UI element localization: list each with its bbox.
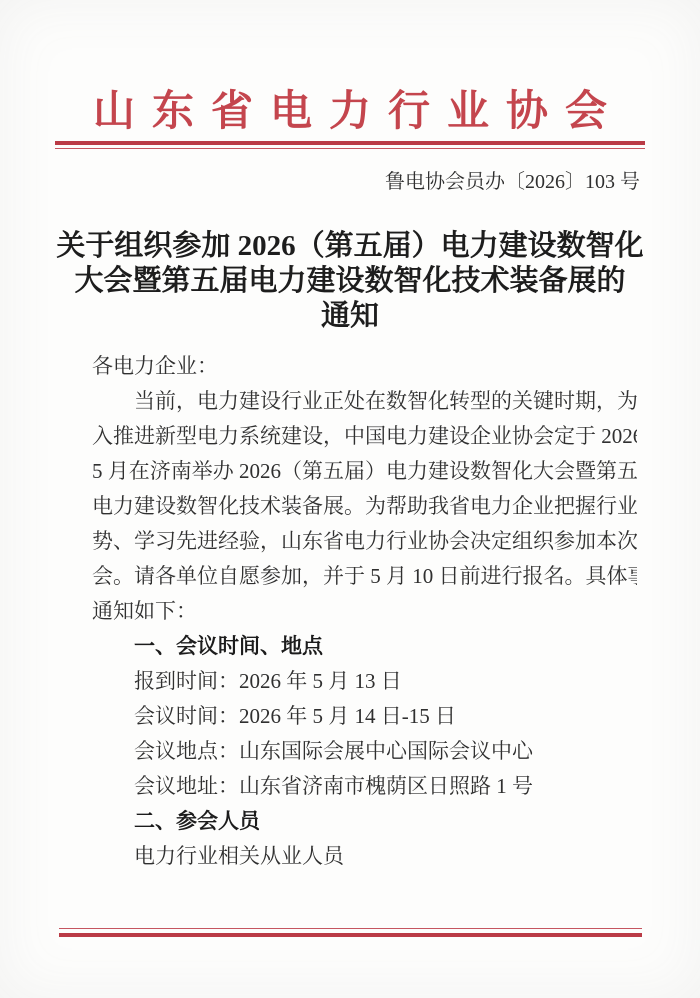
footer-double-rule [59,928,642,937]
notice-title-line-1: 关于组织参加 2026（第五届）电力建设数智化 [40,229,660,264]
notice-body: 各电力企业： 当前，电力建设行业正处在数智化转型的关键时期，为深 入推进新型电力… [92,349,637,874]
scanned-notice-page: 山东省电力行业协会 鲁电协会员办〔2026〕103 号 关于组织参加 2026（… [0,0,700,998]
section-2-item-attendees: 电力行业相关从业人员 [92,839,637,874]
paragraph-line: 通知如下： [92,594,637,629]
notice-title-line-2: 大会暨第五届电力建设数智化技术装备展的 [40,264,660,299]
notice-title-line-3: 通知 [40,299,660,334]
section-2-heading: 二、参会人员 [92,804,637,839]
org-masthead-title: 山东省电力行业协会 [0,0,700,134]
notice-title: 关于组织参加 2026（第五届）电力建设数智化 大会暨第五届电力建设数智化技术装… [40,229,660,334]
paragraph-line: 势、学习先进经验，山东省电力行业协会决定组织参加本次大 [92,524,637,559]
paragraph-line: 5 月在济南举办 2026（第五届）电力建设数智化大会暨第五届 [92,454,637,489]
paragraph-line: 当前，电力建设行业正处在数智化转型的关键时期，为深 [92,384,637,419]
section-1-item-meeting-venue: 会议地点：山东国际会展中心国际会议中心 [92,734,637,769]
salutation: 各电力企业： [92,349,637,384]
paragraph-line: 会。请各单位自愿参加，并于 5 月 10 日前进行报名。具体事项 [92,559,637,594]
header-double-rule [55,141,645,149]
paragraph-line: 电力建设数智化技术装备展。为帮助我省电力企业把握行业趋 [92,489,637,524]
section-1-item-checkin-time: 报到时间：2026 年 5 月 13 日 [92,664,637,699]
section-1-heading: 一、会议时间、地点 [92,629,637,664]
paragraph-line: 入推进新型电力系统建设，中国电力建设企业协会定于 2026 年 [92,419,637,454]
document-number: 鲁电协会员办〔2026〕103 号 [0,171,700,193]
intro-paragraph: 当前，电力建设行业正处在数智化转型的关键时期，为深 入推进新型电力系统建设，中国… [92,384,637,629]
section-1-item-meeting-address: 会议地址：山东省济南市槐荫区日照路 1 号 [92,769,637,804]
section-1-item-meeting-time: 会议时间：2026 年 5 月 14 日-15 日 [92,699,637,734]
